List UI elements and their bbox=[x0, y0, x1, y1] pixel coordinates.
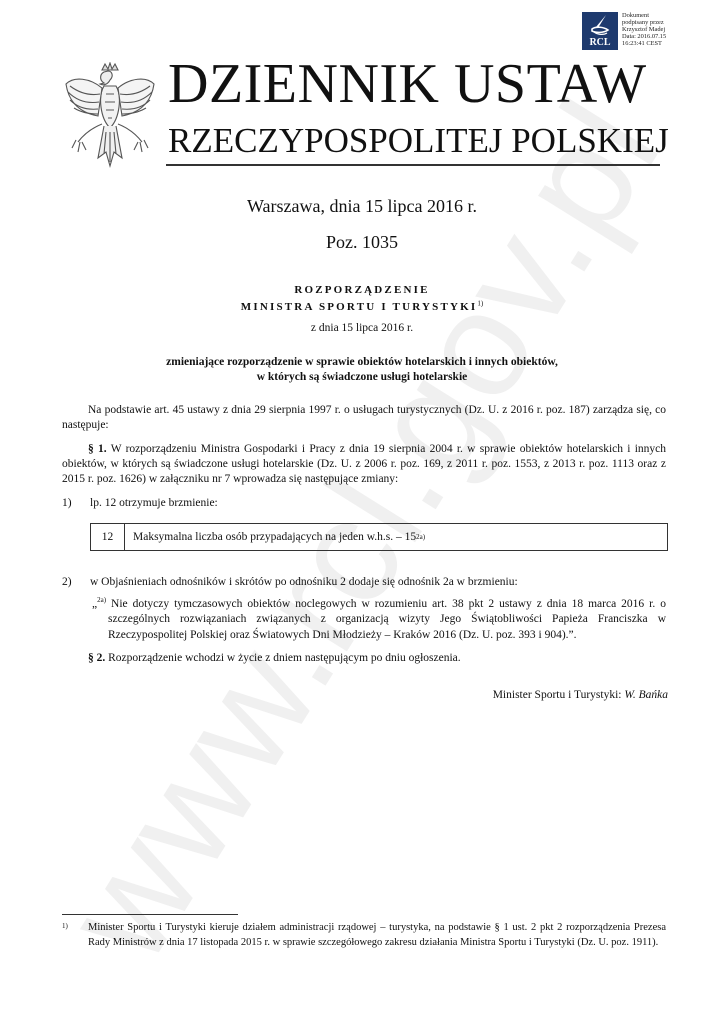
journal-subtitle: RZECZYPOSPOLITEJ POLSKIEJ bbox=[168, 120, 669, 162]
stamp-line: Krzysztof Madej bbox=[622, 26, 666, 33]
section-label: § 2. bbox=[88, 652, 105, 664]
stamp-line: 16:23:41 CEST bbox=[622, 40, 666, 47]
stamp-line: podpisany przez bbox=[622, 19, 666, 26]
section-label: § 1. bbox=[88, 443, 107, 455]
footnote-mark: 1) bbox=[62, 920, 88, 950]
section-1: § 1. W rozporządzeniu Ministra Gospodark… bbox=[62, 442, 666, 487]
signer-name: W. Bańka bbox=[624, 689, 668, 701]
footnote: 1) Minister Sportu i Turystyki kieruje d… bbox=[62, 920, 666, 950]
table-cell-lp: 12 bbox=[91, 524, 125, 550]
footnote-rule bbox=[62, 914, 238, 915]
point-text: lp. 12 otrzymuje brzmienie: bbox=[90, 497, 218, 509]
amendment-table: 12 Maksymalna liczba osób przypadających… bbox=[90, 523, 668, 551]
rcl-logo: RCL bbox=[582, 12, 618, 50]
stamp-text: Dokument podpisany przez Krzysztof Madej… bbox=[622, 12, 666, 47]
act-subject: zmieniające rozporządzenie w sprawie obi… bbox=[0, 355, 724, 385]
section-text: Rozporządzenie wchodzi w życie z dniem n… bbox=[105, 652, 460, 664]
table-cell-text: Maksymalna liczba osób przypadających na… bbox=[125, 524, 425, 550]
act-author-text: MINISTRA SPORTU I TURYSTYKI bbox=[241, 301, 478, 313]
point-number: 2) bbox=[62, 575, 90, 590]
rcl-logo-text: RCL bbox=[589, 37, 610, 48]
act-subject-line: zmieniające rozporządzenie w sprawie obi… bbox=[0, 355, 724, 370]
section-2: § 2. Rozporządzenie wchodzi w życie z dn… bbox=[62, 651, 666, 666]
eagle-emblem-icon bbox=[62, 62, 158, 174]
journal-title: DZIENNIK USTAW bbox=[168, 52, 647, 116]
act-date: z dnia 15 lipca 2016 r. bbox=[0, 322, 724, 334]
amendment-point: 1)lp. 12 otrzymuje brzmienie: bbox=[62, 496, 218, 511]
act-subject-line: w których są świadczone usługi hotelarsk… bbox=[0, 370, 724, 385]
issue-date: Warszawa, dnia 15 lipca 2016 r. bbox=[0, 196, 724, 217]
quill-icon bbox=[588, 14, 612, 36]
header-rule bbox=[166, 164, 660, 166]
signature-stamp: RCL Dokument podpisany przez Krzysztof M… bbox=[582, 12, 666, 50]
quoted-note: „2a) Nie dotyczy tymczasowych obiektów n… bbox=[108, 597, 666, 643]
preamble: Na podstawie art. 45 ustawy z dnia 29 si… bbox=[62, 403, 666, 433]
table-text: Maksymalna liczba osób przypadających na… bbox=[133, 531, 416, 543]
signer-role: Minister Sportu i Turystyki: bbox=[493, 689, 625, 701]
point-text: w Objaśnieniach odnośników i skrótów po … bbox=[90, 576, 518, 588]
act-type: ROZPORZĄDZENIE bbox=[0, 284, 724, 296]
section-text: W rozporządzeniu Ministra Gospodarki i P… bbox=[62, 443, 666, 485]
signature: Minister Sportu i Turystyki: W. Bańka bbox=[0, 689, 668, 701]
issue-position: Poz. 1035 bbox=[0, 232, 724, 253]
stamp-line: Data: 2016.07.15 bbox=[622, 33, 666, 40]
quote-text: Nie dotyczy tymczasowych obiektów nocleg… bbox=[106, 598, 666, 641]
point-number: 1) bbox=[62, 496, 90, 511]
footnote-text: Minister Sportu i Turystyki kieruje dzia… bbox=[88, 920, 666, 950]
footnote-ref[interactable]: 1) bbox=[477, 299, 483, 307]
note-mark: 2a) bbox=[97, 596, 106, 604]
stamp-line: Dokument bbox=[622, 12, 666, 19]
act-author: MINISTRA SPORTU I TURYSTYKI1) bbox=[0, 301, 724, 313]
amendment-point: 2)w Objaśnieniach odnośników i skrótów p… bbox=[62, 575, 518, 590]
